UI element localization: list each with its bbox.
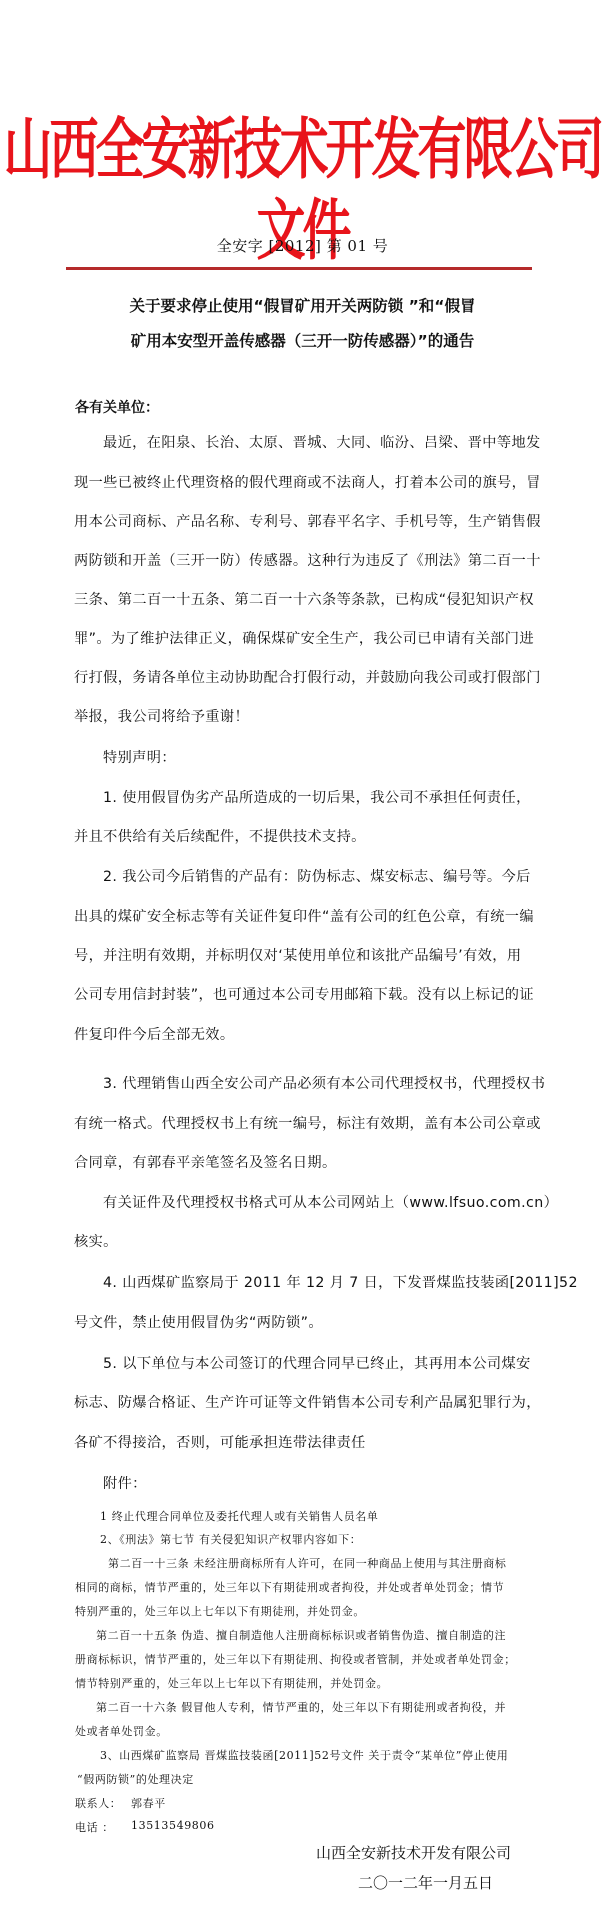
text-line: 行打假，务请各单位主动协助配合打假行动，并鼓励向我公司或打假部门 (74, 667, 541, 687)
notice-title-line-1: 关于要求停止使用“假冒矿用开关两防锁 ”和“假冒 (40, 296, 565, 316)
notice-title-line-2: 矿用本安型开盖传感器（三开一防传感器）”的通告 (40, 331, 565, 351)
text-line: 现一些已被终止代理资格的假代理商或不法商人，打着本公司的旗号，冒 (74, 472, 541, 492)
contact-person-label: 联系人： (75, 1795, 121, 1811)
contact-phone-value: 13513549806 (131, 1819, 215, 1832)
attachment-item-3: “假两防锁”的处理决定 (77, 1771, 194, 1787)
attachment-item-1: 1 终止代理合同单位及委托代理人或有关销售人员名单 (100, 1508, 379, 1524)
signature-date: 二〇一二年一月五日 (358, 1872, 493, 1893)
attachment-item-2: 2、《刑法》第七节 有关侵犯知识产权罪内容如下： (100, 1531, 361, 1547)
text-line: 各矿不得接洽，否则，可能承担连带法律责任 (74, 1432, 366, 1452)
special-statement-heading: 特别声明： (103, 747, 176, 767)
text-line: 3. 代理销售山西全安公司产品必须有本公司代理授权书，代理授权书 (103, 1073, 545, 1093)
text-line: 件复印件今后全部无效。 (74, 1024, 234, 1044)
article-215-line: 册商标标识，情节严重的，处三年以下有期徒刑、拘役或者管制，并处或者单处罚金； (75, 1651, 516, 1667)
text-line: 并且不供给有关后续配件，不提供技术支持。 (74, 826, 366, 846)
text-line: 标志、防爆合格证、生产许可证等文件销售本公司专利产品属犯罪行为， (74, 1392, 541, 1412)
attachment-item-3: 3、山西煤矿监察局 晋煤监技装函[2011]52号文件 关于责令“某单位”停止使… (100, 1747, 508, 1763)
text-line: 号，并注明有效期，并标明仅对‘某使用单位和该批产品编号’有效，用 (74, 945, 521, 965)
text-line: 有统一格式。代理授权书上有统一编号，标注有效期，盖有本公司公章或 (74, 1113, 541, 1133)
salutation: 各有关单位： (75, 397, 159, 417)
text-line: 公司专用信封封装”，也可通过本公司专用邮箱下载。没有以上标记的证 (74, 984, 534, 1004)
red-divider (66, 267, 532, 270)
article-215-line: 第二百一十五条 伪造、擅自制造他人注册商标标识或者销售伪造、擅自制造的注 (96, 1627, 506, 1643)
article-213-line: 第二百一十三条 未经注册商标所有人许可，在同一种商品上使用与其注册商标 (108, 1555, 507, 1571)
text-line: 5. 以下单位与本公司签订的代理合同早已终止，其再用本公司煤安 (103, 1353, 531, 1373)
text-line: 号文件，禁止使用假冒伪劣“两防锁”。 (74, 1312, 323, 1332)
text-line: 合同章，有郭春平亲笔签名及签名日期。 (74, 1152, 337, 1172)
signature-company: 山西全安新技术开发有限公司 (316, 1842, 511, 1863)
contact-phone-label: 电话 ： (75, 1819, 114, 1835)
text-line: 最近，在阳泉、长治、太原、晋城、大同、临汾、吕梁、晋中等地发 (103, 432, 541, 452)
text-line: 1. 使用假冒伪劣产品所造成的一切后果，我公司不承担任何责任， (103, 787, 531, 807)
contact-person-value: 郭春平 (131, 1795, 166, 1811)
text-line: 两防锁和开盖（三开一防）传感器。这种行为违反了《刑法》第二百一十 (74, 550, 541, 570)
text-line: 核实。 (74, 1231, 118, 1251)
text-line: 三条、第二百一十五条、第二百一十六条等条款，已构成“侵犯知识产权 (74, 589, 534, 609)
text-line: 出具的煤矿安全标志等有关证件复印件“盖有公司的红色公章，有统一编 (74, 906, 534, 926)
article-213-line: 相同的商标，情节严重的，处三年以下有期徒刑或者拘役，并处或者单处罚金；情节 (75, 1579, 504, 1595)
article-216-line: 第二百一十六条 假冒他人专利，情节严重的，处三年以下有期徒刑或者拘役，并 (96, 1699, 506, 1715)
article-213-line: 特别严重的，处三年以上七年以下有期徒刑，并处罚金。 (75, 1603, 365, 1619)
text-line: 2. 我公司今后销售的产品有：防伪标志、煤安标志、编号等。今后 (103, 866, 531, 886)
attachments-heading: 附件： (103, 1473, 147, 1493)
document-number: 全安字 [2012] 第 01 号 (0, 235, 605, 256)
article-216-line: 处或者单处罚金。 (75, 1723, 168, 1739)
text-line: 罪”。为了维护法律正义，确保煤矿安全生产，我公司已申请有关部门进 (74, 628, 534, 648)
article-215-line: 情节特别严重的，处三年以上七年以下有期徒刑，并处罚金。 (75, 1675, 388, 1691)
text-line: 4. 山西煤矿监察局于 2011 年 12 月 7 日，下发晋煤监技装函[201… (103, 1272, 578, 1292)
text-line: 有关证件及代理授权书格式可从本公司网站上（www.lfsuo.com.cn） (103, 1192, 558, 1212)
text-line: 举报，我公司将给予重谢！ (74, 706, 249, 726)
text-line: 用本公司商标、产品名称、专利号、郭春平名字、手机号等，生产销售假 (74, 511, 541, 531)
